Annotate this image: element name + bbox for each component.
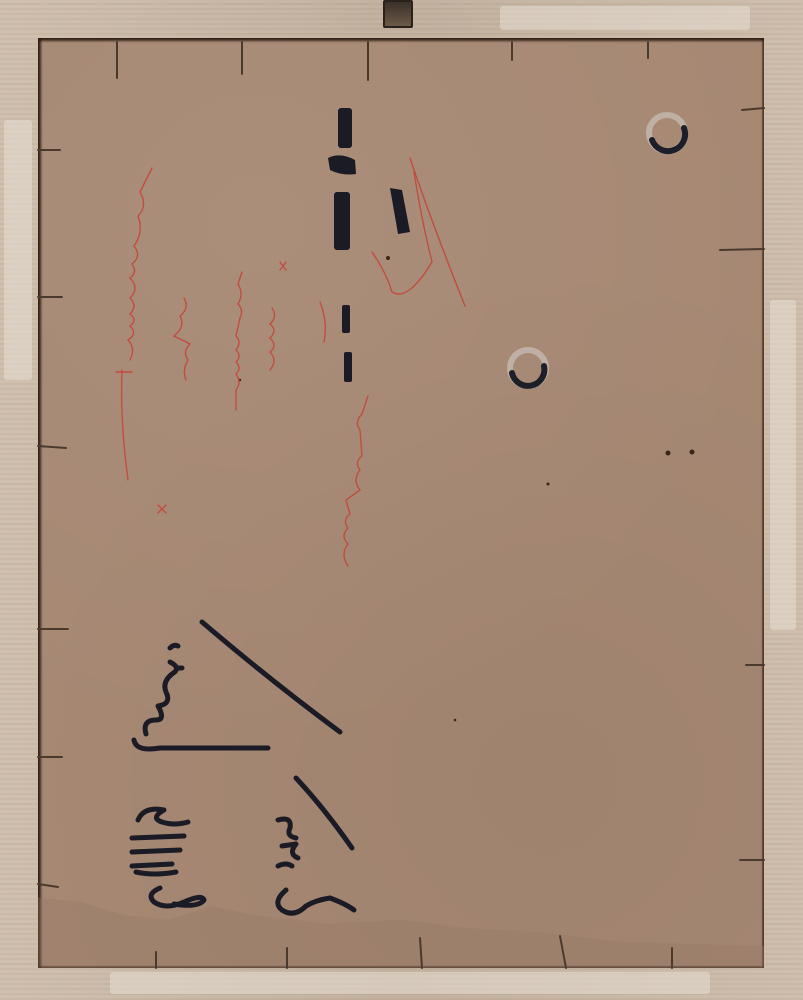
round-sticker-icon — [510, 350, 546, 386]
nail-icons — [38, 42, 764, 968]
red-pencil-inscription — [116, 158, 465, 566]
black-marker-strokes — [328, 108, 410, 382]
round-sticker-icon — [649, 115, 685, 151]
inscription-layer — [0, 0, 803, 1000]
board-specks — [239, 256, 695, 721]
black-signature — [132, 622, 354, 913]
